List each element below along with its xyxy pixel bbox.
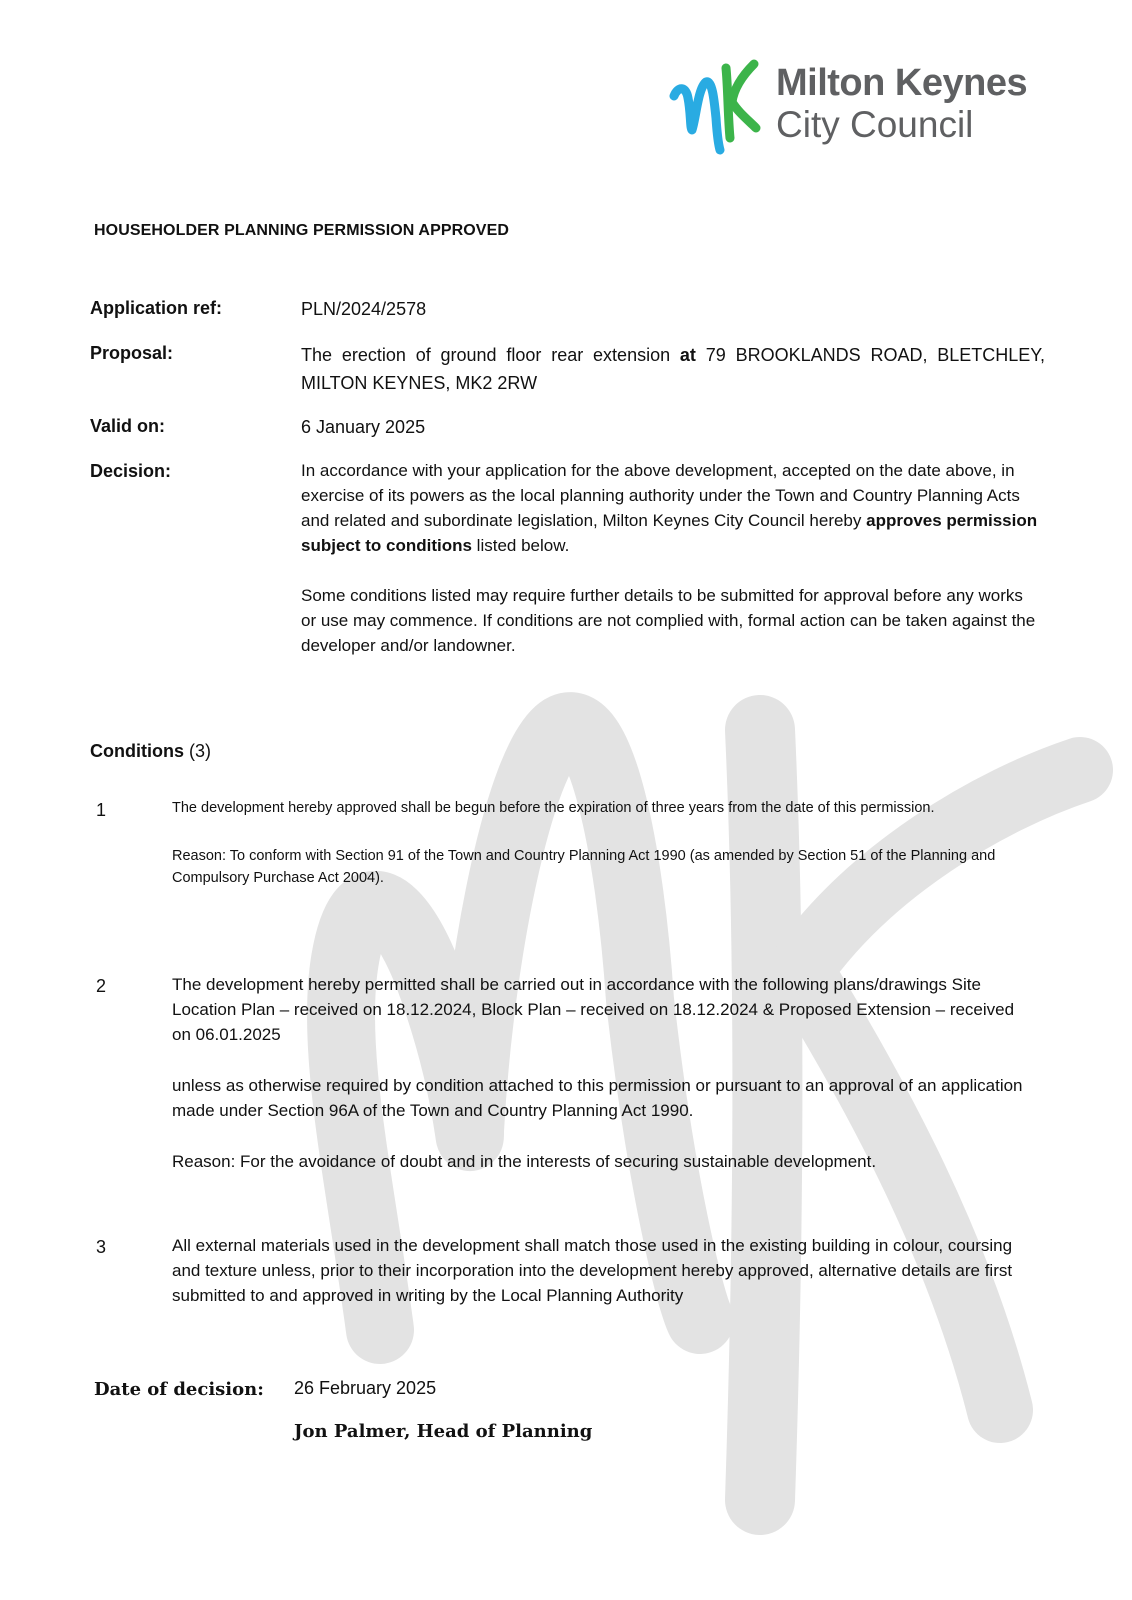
decision-label: Decision: xyxy=(90,461,171,482)
proposal-value: The erection of ground floor rear extens… xyxy=(301,341,1045,397)
decision-notice-page: Milton Keynes City Council HOUSEHOLDER P… xyxy=(0,0,1132,1600)
condition-1: The development hereby approved shall be… xyxy=(172,797,1042,889)
decision-paragraph-1: In accordance with your application for … xyxy=(301,458,1041,558)
date-of-decision-value: 26 February 2025 xyxy=(294,1378,436,1399)
logo-text-line1: Milton Keynes xyxy=(776,62,1027,105)
decision-text-end: listed below. xyxy=(472,536,569,555)
condition-1-number: 1 xyxy=(96,800,106,821)
condition-1-reason: Reason: To conform with Section 91 of th… xyxy=(172,845,1042,889)
valid-on-label: Valid on: xyxy=(90,416,165,437)
council-logo: Milton Keynes City Council xyxy=(668,58,1068,158)
conditions-heading-label: Conditions xyxy=(90,741,184,761)
proposal-label: Proposal: xyxy=(90,343,173,364)
condition-1-text: The development hereby approved shall be… xyxy=(172,797,1042,819)
condition-3-text: All external materials used in the devel… xyxy=(172,1233,1042,1308)
condition-2-reason: Reason: For the avoidance of doubt and i… xyxy=(172,1149,1032,1174)
condition-2: The development hereby permitted shall b… xyxy=(172,972,1032,1174)
proposal-text: The erection of ground floor rear extens… xyxy=(301,345,680,365)
decision-text: In accordance with your application for … xyxy=(301,458,1041,658)
condition-2-number: 2 xyxy=(96,976,106,997)
conditions-count: (3) xyxy=(184,741,211,761)
conditions-heading: Conditions (3) xyxy=(90,741,211,762)
application-ref-value: PLN/2024/2578 xyxy=(301,296,1045,322)
application-ref-label: Application ref: xyxy=(90,298,222,319)
mk-logo-icon xyxy=(668,58,768,158)
condition-2-text-continued: unless as otherwise required by conditio… xyxy=(172,1073,1032,1123)
condition-3: All external materials used in the devel… xyxy=(172,1233,1042,1308)
proposal-bold-at: at xyxy=(680,345,696,365)
signatory: Jon Palmer, Head of Planning xyxy=(294,1421,592,1442)
date-of-decision-label: Date of decision: xyxy=(94,1379,264,1400)
valid-on-value: 6 January 2025 xyxy=(301,414,1045,440)
document-title: HOUSEHOLDER PLANNING PERMISSION APPROVED xyxy=(94,222,509,240)
condition-2-text: The development hereby permitted shall b… xyxy=(172,972,1032,1047)
condition-3-number: 3 xyxy=(96,1237,106,1258)
logo-text-line2: City Council xyxy=(776,104,973,146)
decision-paragraph-2: Some conditions listed may require furth… xyxy=(301,583,1041,658)
